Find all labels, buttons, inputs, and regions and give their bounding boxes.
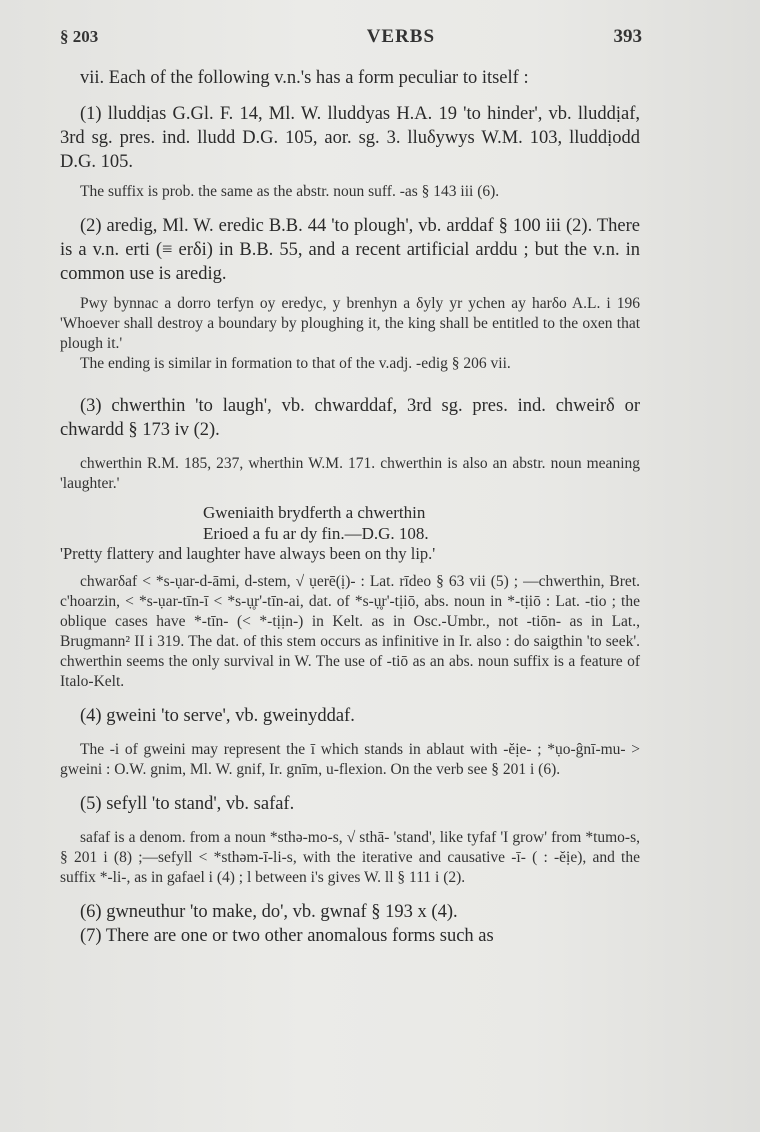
note-item-1: The suffix is prob. the same as the abst… [60, 182, 640, 202]
paragraph-item-4: (4) gweini 'to serve', vb. gweinyddaf. [60, 704, 640, 728]
paragraph-item-5: (5) sefyll 'to stand', vb. safaf. [60, 792, 640, 816]
paragraph-vii-intro: vii. Each of the following v.n.'s has a … [60, 66, 640, 90]
book-page: § 203 VERBS 393 vii. Each of the followi… [0, 0, 760, 1132]
verse-quote: Gweniaith brydferth a chwerthin Erioed a… [60, 502, 640, 544]
paragraph-item-1: (1) lluddịas G.Gl. F. 14, Ml. W. lluddya… [60, 102, 640, 174]
note-item-4: The -i of gweini may represent the ī whi… [60, 740, 640, 780]
verse-line-1: Gweniaith brydferth a chwerthin [203, 502, 640, 523]
chapter-title: VERBS [367, 26, 435, 48]
note-item-3: chwerthin R.M. 185, 237, wherthin W.M. 1… [60, 454, 640, 494]
page-body: vii. Each of the following v.n.'s has a … [60, 66, 640, 948]
paragraph-item-2: (2) aredig, Ml. W. eredic B.B. 44 'to pl… [60, 214, 640, 286]
running-header: § 203 VERBS 393 [60, 26, 642, 48]
page-number: 393 [613, 26, 642, 48]
note-item-2: The ending is similar in formation to th… [60, 354, 640, 374]
verse-translation: 'Pretty flattery and laughter have alway… [60, 544, 640, 564]
section-number: § 203 [60, 27, 98, 47]
etymology-item-3: chwarδaf < *s-ụar-d-āmi, d-stem, √ ụerē(… [60, 572, 640, 692]
paragraph-item-6: (6) gwneuthur 'to make, do', vb. gwnaf §… [60, 900, 640, 924]
paragraph-item-3: (3) chwerthin 'to laugh', vb. chwarddaf,… [60, 394, 640, 442]
note-item-5: safaf is a denom. from a noun *sthə-mo-s… [60, 828, 640, 888]
quote-item-2: Pwy bynnac a dorro terfyn oy eredyc, y b… [60, 294, 640, 354]
verse-line-2: Erioed a fu ar dy fin.—D.G. 108. [203, 523, 640, 544]
paragraph-item-7: (7) There are one or two other anomalous… [60, 924, 640, 948]
